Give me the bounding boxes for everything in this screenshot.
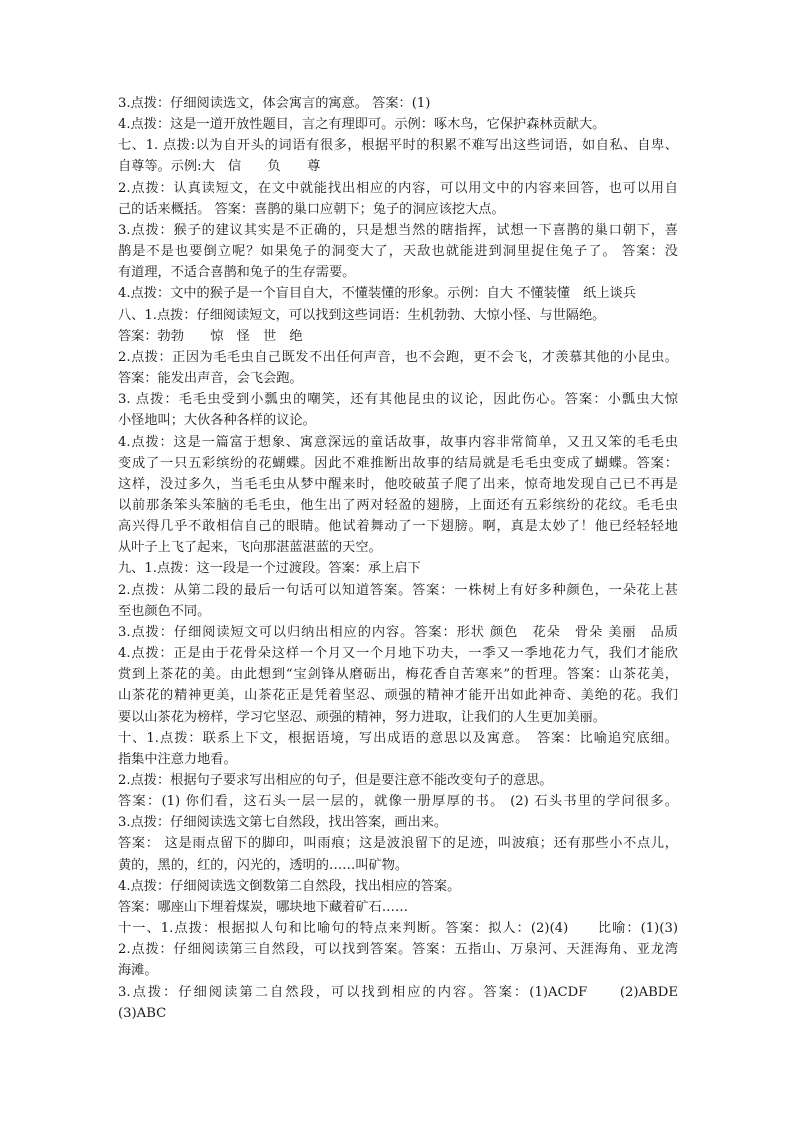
text-line: 以前那条笨头笨脑的毛毛虫，他生出了两对轻盈的翅膀，上面还有五彩缤纷的花纹。毛毛虫: [118, 495, 678, 516]
text-line: 4.点拨：这是一篇富于想象、寓意深远的童话故事，故事内容非常简单，又丑又笨的毛毛…: [118, 432, 678, 453]
text-line: 变成了一只五彩缤纷的花蝴蝶。因此不难推断出故事的结局就是毛毛虫变成了蝴蝶。答案：: [118, 453, 678, 474]
text-line: 3.点拨：猴子的建议其实是不正确的，只是想当然的瞎指挥，试想一下喜鹊的巢口朝下，…: [118, 220, 678, 241]
text-line: 2.点拨：根据句子要求写出相应的句子，但是要注意不能改变句子的意思。: [118, 770, 678, 791]
text-line: 要以山茶花为榜样，学习它坚忍、顽强的精神，努力进取，让我们的人生更加美丽。: [118, 707, 678, 728]
text-line: 3.点拨：仔细阅读第二自然段，可以找到相应的内容。答案：(1)ACDF (2)A…: [118, 982, 678, 1003]
text-line: 赏到上茶花的美。由此想到“宝剑锋从磨砺出，梅花香自苦寒来”的哲理。答案：山茶花美…: [118, 664, 678, 685]
text-line: 答案： 这是雨点留下的脚印，叫雨痕；这是波浪留下的足迹，叫波痕；还有那些小不点儿…: [118, 833, 678, 854]
text-line: 海滩。: [118, 960, 678, 981]
text-line: 黄的，黑的，红的，闪光的，透明的……叫矿物。: [118, 855, 678, 876]
text-line: 4.点拨：这是一道开放性题目，言之有理即可。示例：啄木鸟，它保护森林贡献大。: [118, 114, 678, 135]
text-line: 十、1.点拨：联系上下文，根据语境，写出成语的意思以及寓意。 答案：比喻追究底细…: [118, 728, 678, 749]
text-line: 从叶子上飞了起来，飞向那湛蓝湛蓝的天空。: [118, 537, 678, 558]
answer-key-document: 3.点拨：仔细阅读选文，体会寓言的寓意。 答案：(1)4.点拨：这是一道开放性题…: [118, 93, 678, 1024]
text-line: 答案：(1) 你们看，这石头一层一层的，就像一册厚厚的书。 (2) 石头书里的学…: [118, 791, 678, 812]
text-line: 3. 点拨：毛毛虫受到小瓢虫的嘲笑，还有其他昆虫的议论，因此伤心。答案：小瓢虫大…: [118, 389, 678, 410]
text-line: 答案：能发出声音，会飞会跑。: [118, 368, 678, 389]
text-line: 2.点拨：正因为毛毛虫自己既发不出任何声音，也不会跑，更不会飞，才羡慕其他的小昆…: [118, 347, 678, 368]
text-line: 3.点拨：仔细阅读选文第七自然段，找出答案，画出来。: [118, 812, 678, 833]
text-line: 小怪地叫；大伙各种各样的议论。: [118, 410, 678, 431]
text-line: 4.点拨：仔细阅读选文倒数第二自然段，找出相应的答案。: [118, 876, 678, 897]
text-line: (3)ABC: [118, 1003, 678, 1024]
text-line: 2.点拨：从第二段的最后一句话可以知道答案。答案：一株树上有好多种颜色，一朵花上…: [118, 580, 678, 601]
text-line: 九、1.点拨：这一段是一个过渡段。答案：承上启下: [118, 558, 678, 579]
text-line: 八、1.点拨：仔细阅读短文，可以找到这些词语：生机勃勃、大惊小怪、与世隔绝。: [118, 305, 678, 326]
text-line: 2.点拨：认真读短文，在文中就能找出相应的内容，可以用文中的内容来回答，也可以用…: [118, 178, 678, 199]
text-line: 3.点拨：仔细阅读短文可以归纳出相应的内容。答案：形状 颜色 花朵 骨朵 美丽 …: [118, 622, 678, 643]
text-line: 十一、1.点拨：根据拟人句和比喻句的特点来判断。答案：拟人：(2)(4) 比喻：…: [118, 918, 678, 939]
text-line: 4.点拨：文中的猴子是一个盲目自大，不懂装懂的形象。示例：自大 不懂装懂 纸上谈…: [118, 283, 678, 304]
text-line: 2.点拨：仔细阅读第三自然段，可以找到答案。答案：五指山、万泉河、天涯海角、亚龙…: [118, 939, 678, 960]
text-line: 4.点拨：正是由于花骨朵这样一个月又一个月地下功夫，一季又一季地花力气，我们才能…: [118, 643, 678, 664]
text-line: 3.点拨：仔细阅读选文，体会寓言的寓意。 答案：(1): [118, 93, 678, 114]
text-line: 高兴得几乎不敢相信自己的眼睛。他试着舞动了一下翅膀。啊，真是太妙了！他已经轻轻地: [118, 516, 678, 537]
text-line: 自尊等。示例:大 信 负 尊: [118, 156, 678, 177]
text-line: 这样，没过多久，当毛毛虫从梦中醒来时，他咬破茧子爬了出来，惊奇地发现自己已不再是: [118, 474, 678, 495]
text-line: 山茶花的精神更美，山茶花正是凭着坚忍、顽强的精神才能开出如此神奇、美绝的花。我们: [118, 685, 678, 706]
text-line: 至也颜色不同。: [118, 601, 678, 622]
text-line: 答案：勃勃 惊 怪 世 绝: [118, 326, 678, 347]
text-line: 答案：哪座山下埋着煤炭，哪块地下藏着矿石……: [118, 897, 678, 918]
text-line: 七、1. 点拨:以为自开头的词语有很多，根据平时的积累不难写出这些词语，如自私、…: [118, 135, 678, 156]
text-line: 指集中注意力地看。: [118, 749, 678, 770]
text-line: 有道理，不适合喜鹊和兔子的生存需要。: [118, 262, 678, 283]
text-line: 鹊是不是也要倒立呢？如果兔子的洞变大了，天敌也就能进到洞里捉住兔子了。 答案：没: [118, 241, 678, 262]
text-line: 己的话来概括。 答案：喜鹊的巢口应朝下；兔子的洞应该挖大点。: [118, 199, 678, 220]
